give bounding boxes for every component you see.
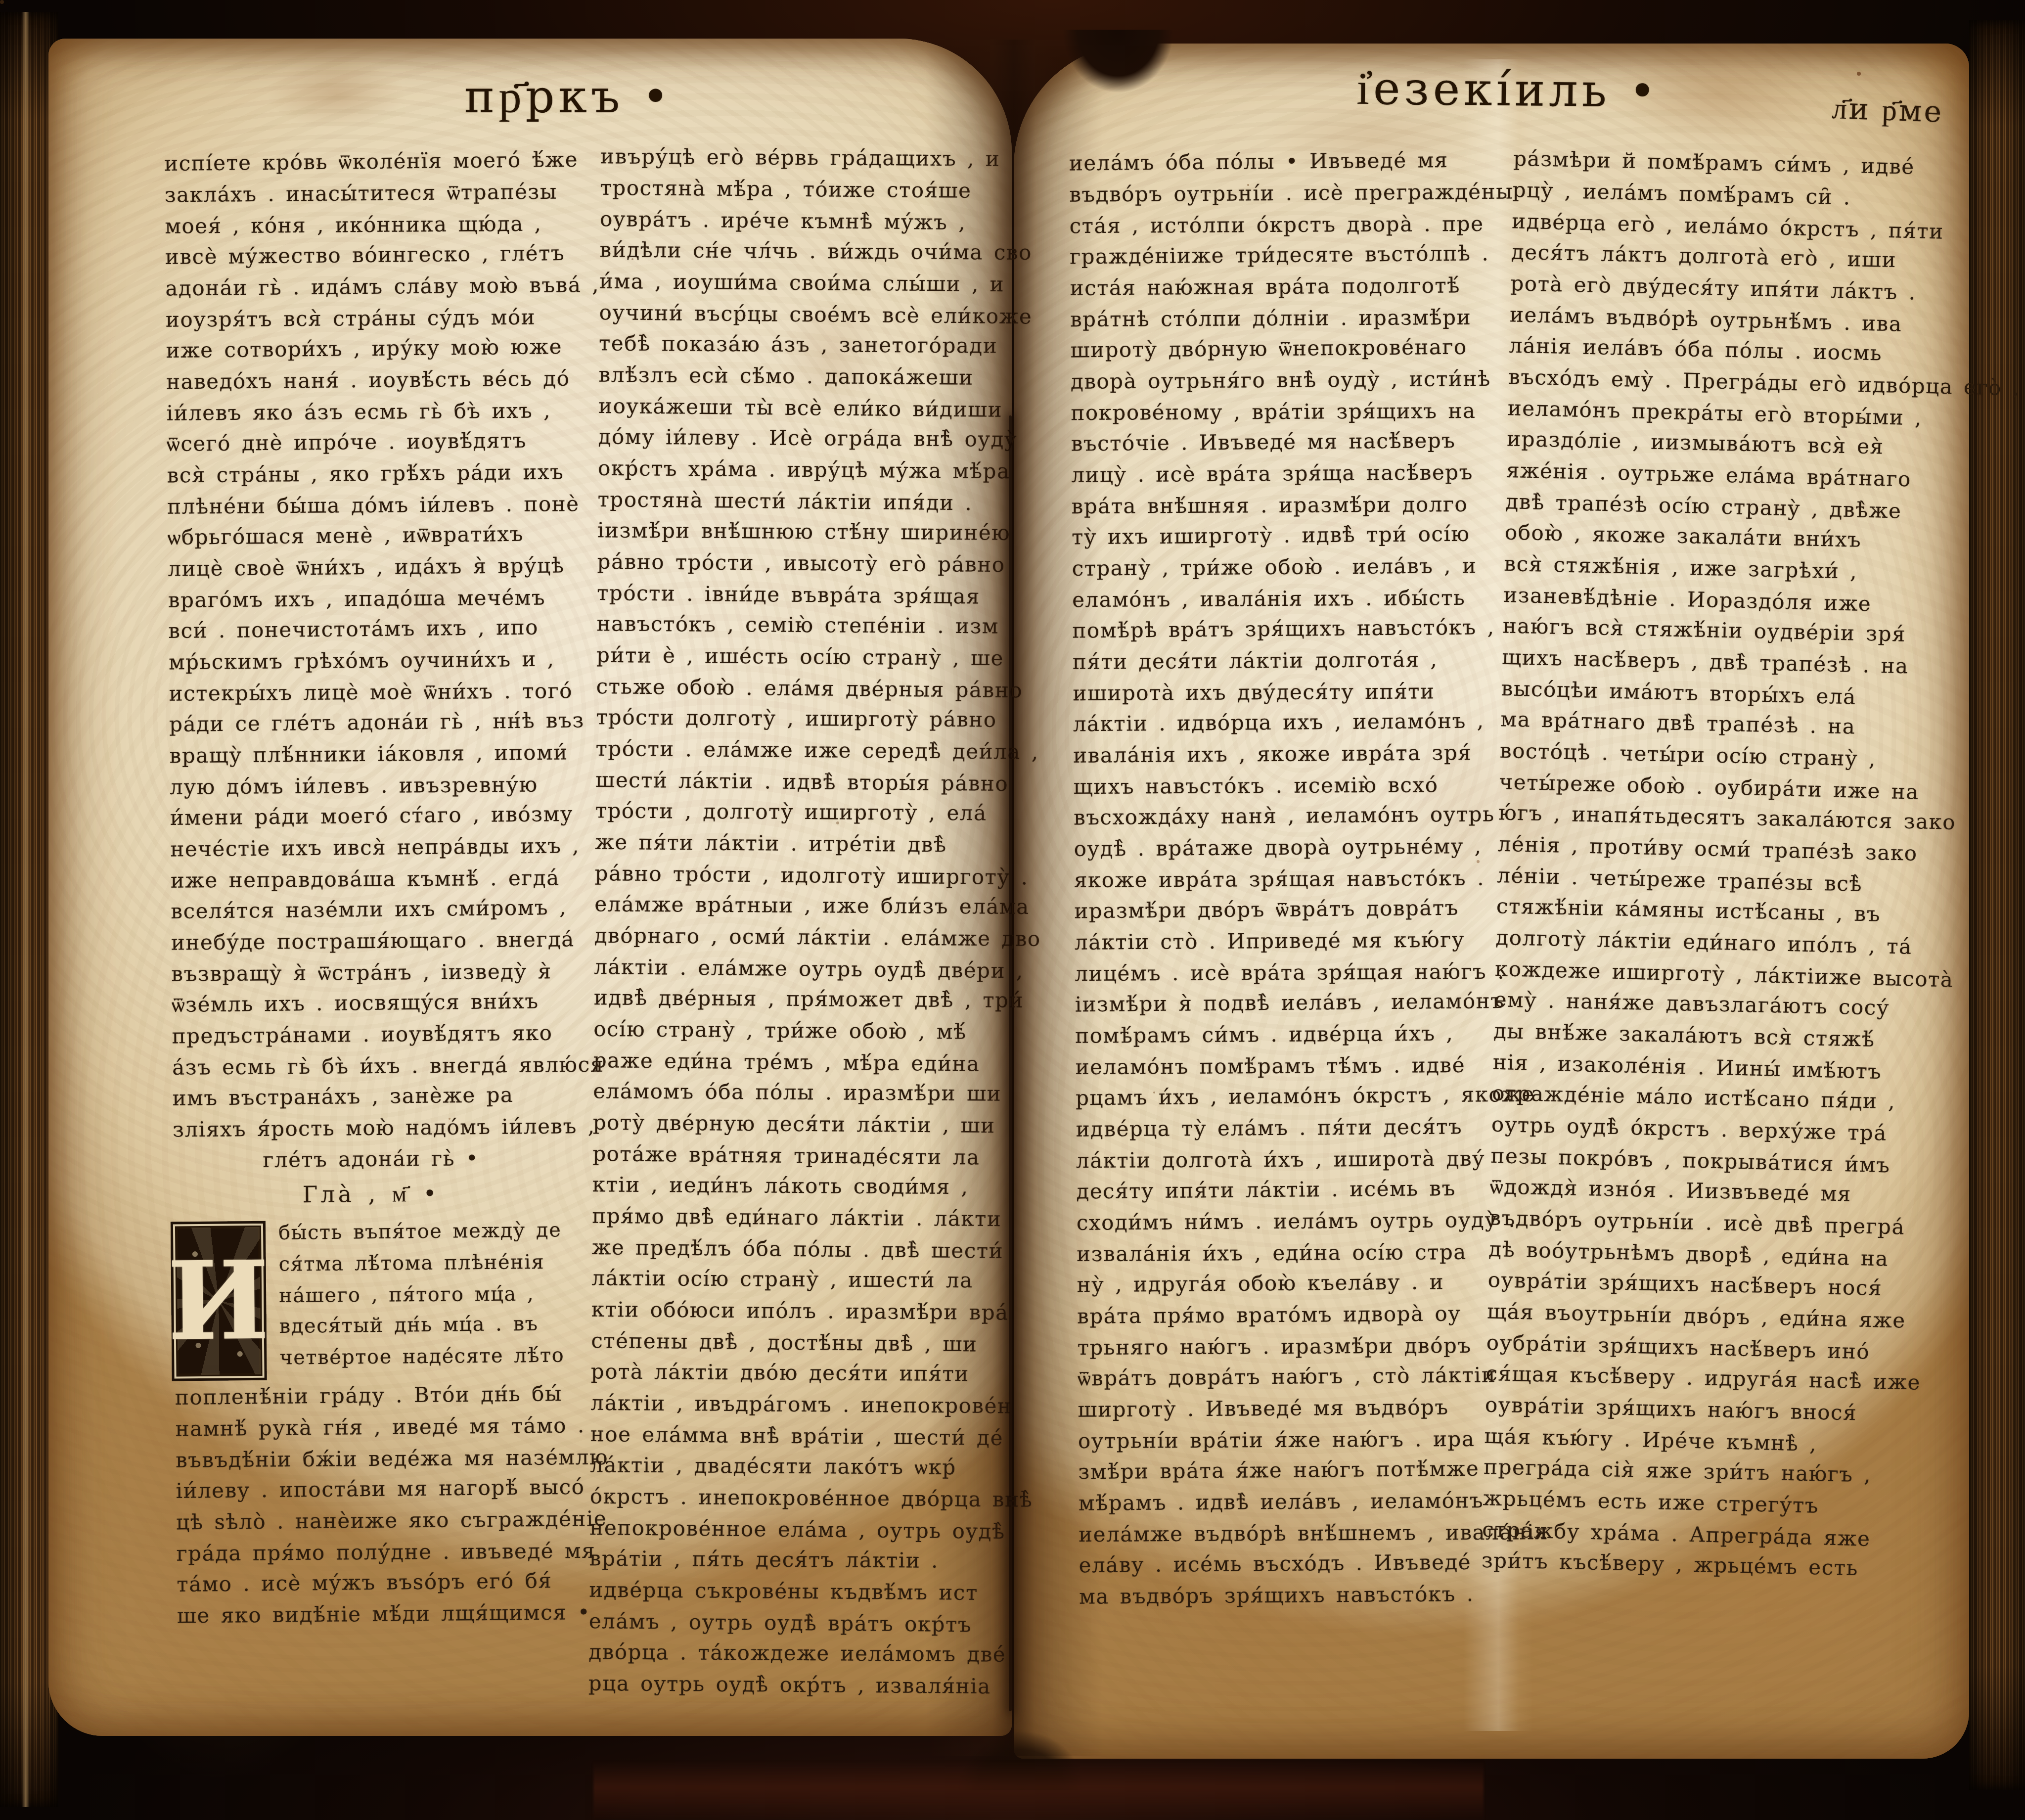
text-line: рота́же вра́тняя тринаде́сяти ла: [592, 1138, 1003, 1173]
text-line: наведо́хъ наня́ . иоувѣ́сть ве́сь до́: [166, 363, 562, 398]
text-line: иширота̀ ихъ дву́деся́ту ипя́ти: [1073, 676, 1473, 709]
text-line: шести́ ла́ктіи . идвѣ̀ вторы́я ра́вно: [595, 764, 1006, 799]
text-line: мѣ́рамъ . идвѣ̀ иела́въ , иеламо́нъ: [1079, 1485, 1479, 1519]
text-line: дво́рца . та́кождеже иела́момъ две́: [588, 1636, 999, 1670]
text-line: непокрове́нное ела́ма , оутрь оудѣ̀: [589, 1512, 1000, 1547]
text-line: ви́дѣли сн́е чл́чь . ви́ждь очи́ма сво: [599, 234, 1010, 268]
text-line: тростяна̀ шести́ ла́ктіи ипя́ди .: [597, 484, 1008, 519]
text-line: ивала́нія ихъ , якоже ивра́та зря́: [1073, 737, 1474, 771]
text-line: иоузря́тъ вся̀ стра́ны су́дъ мо́и: [166, 301, 561, 335]
text-line: имъ въстрана́хъ , занѐже ра: [172, 1079, 568, 1114]
text-line: рота̀ ла́ктіи дво́ю деся́ти ипя́ти: [591, 1356, 1001, 1389]
book-photo: пр҃ркъ • і҆езекі́иль • л҃и р҃ме испі́ете…: [0, 0, 2025, 1820]
text-line: ела́ву . исе́мь въсхо́дъ . Ивъведе́: [1079, 1547, 1479, 1581]
text-line: ктіи , иеди́нъ ла́коть своди́мя ,: [592, 1169, 1003, 1202]
text-line: ктіи обо́юси ипо́лъ . иразмѣ́ри вра́: [591, 1294, 1002, 1328]
text-line: іи́леву . ипоста́ви мя нагорѣ́ высо́: [176, 1471, 572, 1506]
text-line: щихъ навъсто́къ . исемію̀ всхо́: [1074, 769, 1474, 802]
text-line: іизмѣ́ри внѣ́шнюю стѣ́ну ширине́ю: [597, 514, 1008, 548]
text-line: гра́да пря́мо полу́дне . ивъведе́ мя: [177, 1535, 572, 1569]
text-line: извала́нія и́хъ , еди́на осі́ю стра: [1077, 1236, 1477, 1270]
text-line: тростяна̀ мѣ́ра , то́иже стоя́ше: [600, 172, 1010, 207]
text-line: ста́я , исто́лпи о́крстъ двора̀ . пре: [1070, 208, 1470, 241]
text-line: иела́мъ о́ба по́лы • Ивъведе́ мя: [1069, 144, 1470, 179]
text-line: ра́вно тро́сти , ивысоту̀ его̀ ра́вно: [597, 546, 1007, 581]
text-line: ела́момъ о́ба по́лы . иразмѣ́ри ши: [593, 1075, 1003, 1109]
text-line: възвращу̀ я̀ ѿстра́нъ , іизведу̀ я̀: [171, 955, 567, 990]
text-line: и́ма , иоуши́ма свои́ма слы́ши , и: [599, 266, 1010, 300]
text-line: моея́ , ко́ня , ико́нника щю́да ,: [165, 208, 560, 242]
text-line: страну̀ , три́же обою̀ . иела́въ , и: [1072, 550, 1472, 584]
text-line: иоука́жеши ты̀ всѐ ели́ко ви́диши: [598, 390, 1009, 425]
text-line: ла́ктіи , дваде́сяти лако́тъ ѡкр́: [590, 1449, 1000, 1483]
text-line: иразмѣ́ри дво́ръ ѿвра́тъ довра́тъ: [1074, 892, 1475, 927]
text-line: вра́та внѣ́шняя . иразмѣ́ри долго: [1072, 489, 1472, 522]
column-body: испі́ете кро́вь ѿколе́нїя моего́ ѣ́жезак…: [164, 145, 569, 1145]
text-line: рца оутрь оудѣ̀ окр́тъ , изваля́ніа: [588, 1668, 999, 1702]
text-line: та́мо . исѐ му́жъ въѕо́ръ его́ бя́: [177, 1565, 573, 1600]
text-line: ѿвра́тъ довра́тъ наю́гъ , сто̀ ла́ктіи: [1078, 1360, 1478, 1394]
text-line: предъстра́нами . иоувѣ́дятъ яко: [172, 1017, 568, 1051]
text-line: дво́рнаго , осми́ ла́ктіи . ела́мже дво: [594, 920, 1005, 955]
text-line: ла́ктіи долгота̀ и́хъ , иширота̀ дву́: [1076, 1143, 1477, 1176]
folio-number: л҃и р҃ме: [1832, 91, 1944, 130]
chapter-opening: И бы́сть въпя́тое между̀ деся́тма лѣ́том…: [174, 1215, 571, 1382]
text-line: иста́я наю́жная вра́та подолготѣ́: [1070, 270, 1470, 304]
column-tail: попленѣ́ніи гра́ду . Вто́и дн́ь бы́намнѣ…: [175, 1378, 573, 1631]
text-column-3: иела́мъ о́ба по́лы • Ивъведе́ мявъдво́ръ…: [1069, 145, 1480, 1612]
text-line: въсто́чіе . Ивъведе́ мя насѣ́веръ: [1071, 425, 1472, 459]
text-line: тебѣ̀ показа́ю а́зъ , занетого́ради: [599, 327, 1009, 361]
text-column-4: ра́змѣри й помѣ́рамъ си́мъ , идве́рцу̀ ,…: [1481, 143, 1919, 1585]
gutter-line: [1009, 415, 1012, 1711]
text-line: помѣ́рѣ вра́тъ зря́щихъ навъсто́къ ,: [1072, 612, 1473, 646]
text-line: на́шего , пя́того мц́а ,: [279, 1278, 570, 1312]
text-line: ла́ктіи . идво́рца ихъ , иеламо́нъ ,: [1073, 705, 1474, 740]
text-line: ѿзе́мль ихъ . иосвящу́ся вни́хъ: [172, 985, 568, 1020]
text-line: ное ела́мма внѣ̀ вра́тіи , шести́ де́: [590, 1418, 1001, 1454]
text-line: ѿсего́ днѐ ипро́че . иоувѣ́дятъ: [167, 424, 563, 459]
text-line: и́мени ра́ди моего́ ст́аго , иво́зму: [170, 798, 566, 833]
text-line: стьже обою̀ . ела́мя две́рныя ра́вно: [596, 671, 1007, 706]
text-line: ла́ктіи сто̀ . Иприведе́ мя къю́гу: [1075, 924, 1475, 958]
text-line: тро́сти . ела́мже иже середѣ̀ деи́ла ,: [595, 733, 1006, 768]
text-line: враго́мъ ихъ , ипадо́ша мече́мъ: [168, 582, 564, 616]
text-line: покрове́ному , вра́тіи зря́щихъ на: [1071, 395, 1471, 428]
text-line: гражде́ніиже три́десяте въсто́лпѣ .: [1070, 238, 1470, 273]
text-line: вра́тіи , пя́ть деся́тъ ла́ктіи .: [589, 1543, 1000, 1576]
text-line: раже еди́на тре́мъ , мѣ́ра еди́на: [593, 1045, 1004, 1080]
text-line: еламо́нъ , ивала́нія ихъ . ибы́сть: [1072, 582, 1473, 615]
text-line: ела́мъ , оутрь оудѣ̀ вра́тъ окр́тъ: [589, 1605, 1000, 1640]
text-line: попленѣ́ніи гра́ду . Вто́и дн́ь бы́: [175, 1378, 571, 1413]
text-line: широту̀ дво́рную ѿнепокрове́наго: [1070, 331, 1471, 366]
text-line: нече́стіе ихъ ився̀ непра́вды ихъ ,: [170, 830, 566, 865]
text-line: иже сотвори́хъ , иру́ку мою̀ юже: [166, 331, 562, 366]
text-line: ри́ти ѐ , ише́сть осі́ю страну̀ , ше: [596, 639, 1007, 674]
text-line: плѣне́ни бы́ша до́мъ іи́левъ . понѐ: [167, 488, 563, 522]
text-line: деся́ту ипя́ти ла́ктіи . исе́мь въ: [1076, 1173, 1477, 1207]
text-line: закла́хъ . инасы́титеся ѿтрапе́зы: [164, 176, 560, 211]
text-line: якоже ивра́та зря́щая навъсто́къ .: [1074, 863, 1475, 896]
text-line: вра́та пря́мо врато́мъ идвора̀ оу: [1077, 1298, 1478, 1332]
text-line: до́му іи́леву . Исѐ огра́да внѣ̀ оуду̀: [598, 421, 1008, 455]
chapter-heading: Гла̀ , м҃ •: [173, 1173, 569, 1219]
text-line: идве́рца съкрове́ны къдвѣ́мъ ист: [589, 1574, 999, 1609]
ink-specks: [0, 0, 4, 4]
text-line: осі́ю страну̀ , три́же обою̀ , мѣ́: [593, 1013, 1004, 1048]
text-line: идве́рца ту̀ ела́мъ . пя́ти деся́тъ: [1076, 1111, 1476, 1145]
text-line: лицѐ своѐ ѿни́хъ , ида́хъ я̀ вру́цѣ: [168, 550, 564, 585]
text-line: ше яко видѣ́ніе мѣ́ди лщя́щимся •: [177, 1596, 573, 1631]
text-line: цѣ ѕѣло̀ . нанѐиже яко съгражде́ніе: [176, 1503, 572, 1538]
left-running-head: пр҃ркъ •: [356, 70, 781, 123]
text-line: рцамъ и́хъ , иеламо́нъ о́крстъ , якоже: [1076, 1079, 1476, 1114]
text-line: змѣ́ри вра́та я́же наю́гъ потѣ́мже: [1078, 1453, 1479, 1488]
text-line: двора̀ оутрьня́го внѣ̀ оуду̀ , исти́нѣ: [1071, 363, 1471, 397]
text-line: ивъру́цѣ его̀ ве́рвь гра́дащихъ , и: [600, 140, 1011, 174]
text-column-2: ивъру́цѣ его̀ ве́рвь гра́дащихъ , итрост…: [588, 141, 1011, 1702]
text-line: иже неправдова́ша къмнѣ́ . егда́: [171, 862, 566, 896]
text-line: ла́ктіи , ивъдра́гомъ . инепокрове́н: [590, 1387, 1001, 1422]
text-line: ширготу̀ . Ивъведе́ мя въдво́ръ: [1078, 1391, 1478, 1425]
text-column-1: испі́ете кро́вь ѿколе́нїя моего́ ѣ́жезак…: [164, 145, 573, 1632]
text-line: помѣ́рамъ си́мъ . идве́рца и́хъ ,: [1075, 1017, 1476, 1051]
text-line: же пя́ти ла́ктіи . итре́тіи двѣ̀: [595, 826, 1005, 861]
text-line: пря́мо двѣ̀ еди́наго ла́ктіи . ла́кти: [592, 1200, 1002, 1235]
text-line: оутрьні́и вра́тіи я́же наю́гъ . ира: [1078, 1423, 1479, 1456]
initial-letter: И: [171, 1247, 267, 1356]
text-line: въсхожда́ху наня̀ , иеламо́нъ оутрь: [1074, 799, 1474, 833]
text-line: же предѣ́лъ о́ба по́лы . двѣ̀ шести́: [592, 1231, 1003, 1267]
text-line: вдеся́тый дн́ь мц́а . въ: [279, 1308, 570, 1342]
text-line: сте́пены двѣ̀ , достѣ́ны двѣ̀ , ши: [591, 1325, 1002, 1360]
text-line: лице́мъ . исѐ вра́та зря́щая наю́гъ .: [1075, 956, 1475, 989]
text-line: въвъдѣ́ніи бж́іи веде́жа мя назе́млю: [176, 1442, 571, 1476]
text-line: четве́ртое наде́сяте лѣ́то: [279, 1340, 571, 1373]
text-line: зліяхъ я́рость мою̀ надо́мъ іи́левъ ,: [173, 1110, 569, 1145]
text-line: намнѣ́ рука̀ гн́я , иведе́ мя та́мо .: [175, 1410, 571, 1444]
text-line: іи́левъ яко а́зъ есмь гь̀ бъ̀ ихъ ,: [166, 395, 562, 429]
text-line: ѡбрьго́шася менѐ , иѿврати́хъ: [167, 518, 563, 553]
initial-adjacent-lines: бы́сть въпя́тое между̀ деся́тма лѣ́тома …: [278, 1215, 571, 1373]
right-running-head: і҆езекі́иль •: [1295, 61, 1721, 119]
text-line: истекры́хъ лицѐ моѐ ѿни́хъ . того́: [169, 675, 564, 709]
text-line: испі́ете кро́вь ѿколе́нїя моего́ ѣ́же: [164, 144, 560, 179]
text-line: бы́сть въпя́тое между̀ де: [278, 1215, 570, 1249]
text-line: ра́ди се гле́тъ адона́и гь̀ , нн́ѣ въз: [169, 705, 565, 740]
text-line: пя́ти деся́ти ла́ктіи долгота́я ,: [1073, 643, 1473, 678]
text-line: тро́сти , долготу̀ иширготу̀ , ела́: [595, 795, 1006, 828]
text-line: адона́и гь̀ . ида́мъ сла́ву мою̀ въва́ ,: [165, 270, 561, 304]
text-line: ела́мже вра́тныи , иже бли́зъ ела́ма: [594, 888, 1005, 922]
text-line: ту̀ ихъ иширготу̀ . идвѣ̀ три́ осі́ю: [1072, 518, 1472, 553]
text-line: въдво́ръ оутрьні́и . исѐ прегражде́ны: [1069, 176, 1470, 210]
text-line: оудѣ̀ . вра́таже двора̀ оутрьне́му ,: [1074, 830, 1474, 864]
spine-bottom-shadow: [593, 1761, 1484, 1820]
text-line: вся̀ стра́ны , яко грѣ́хъ ра́ди ихъ: [167, 456, 563, 491]
text-line: трьняго наю́гъ . иразмѣ́ри дво́ръ: [1077, 1330, 1478, 1363]
text-line: окр́стъ хра́ма . ивру́цѣ му́жа мѣ́ра: [598, 453, 1008, 487]
text-line: оучини́ въср́цы свое́мъ всѐ ели́коже: [599, 297, 1010, 332]
text-line: иеламо́нъ помѣ́рамъ тѣ́мъ . идве́: [1075, 1049, 1476, 1083]
text-line: вси́ . понечистота́мъ ихъ , ипо: [168, 611, 564, 646]
text-line: вселя́тся назе́мли ихъ сми́ромъ ,: [171, 892, 567, 927]
text-line: тро́сти долготу̀ , иширготу̀ ра́вно: [596, 701, 1006, 735]
text-line: ра́вно тро́сти , идолготу̀ иширготу̀ .: [594, 858, 1005, 893]
text-line: ся́тма лѣ́тома плѣне́нія: [278, 1246, 570, 1280]
text-line: инебу́де пострашя́ющаго . внегда́: [171, 924, 567, 958]
text-line: лицу̀ . исѐ вра́та зря́ща насѣ́веръ: [1071, 456, 1472, 491]
text-line: оувра́тъ . ире́че къмнѣ̀ му́жъ ,: [600, 203, 1011, 238]
text-line: ну̀ , идруга́я обою̀ къела́ву . и: [1077, 1266, 1477, 1301]
text-line: вращу̀ плѣ́нники іа́ковля , ипоми́: [169, 737, 565, 772]
text-line: тро́сти . івни́де въвра́та зря́щая: [597, 577, 1008, 612]
text-line: іизмѣ́ри я̀ подвѣ̀ иела́въ , иеламо́нъ: [1075, 986, 1476, 1020]
text-line: о́крстъ . инепокрове́нное дво́рца внѣ̀: [590, 1481, 1000, 1515]
text-line: ивсѐ му́жество во́ингеско , гле́тъ: [165, 237, 561, 273]
right-fore-edge: [1969, 20, 2025, 1790]
text-line: лую до́мъ іи́левъ . ивъзревну́ю: [170, 769, 565, 803]
text-line: вра́тнѣ сто́лпи до́лніи . иразмѣ́ри: [1070, 302, 1471, 335]
text-line: ла́ктіи . ела́мже оутрь оудѣ̀ две́ри ,: [594, 951, 1005, 986]
doxology-line: гле́тъ адона́и гь̀ •: [173, 1141, 569, 1176]
text-line: идвѣ̀ две́рныя , пря́может двѣ̀ , три́: [594, 982, 1004, 1015]
text-line: ла́ктіи осі́ю страну̀ , ишести́ ла: [591, 1262, 1002, 1296]
text-line: навъсто́къ , семію̀ степе́ніи . изм: [597, 608, 1007, 641]
text-line: мр́ьскимъ грѣхо́мъ оучини́хъ и ,: [169, 643, 565, 678]
text-line: сходи́мъ ни́мъ . иела́мъ оутрь оуду̀ .: [1077, 1204, 1477, 1238]
text-line: роту̀ две́рную деся́ти ла́ктіи , ши: [593, 1107, 1003, 1141]
text-line: иела́мже въдво́рѣ внѣ́шнемъ , ивала́нія: [1079, 1517, 1479, 1550]
text-line: влѣ́злъ есѝ сѣ́мо . дапока́жеши: [598, 359, 1009, 394]
text-line: ма въдво́ръ зря́щихъ навъсто́къ .: [1079, 1578, 1480, 1612]
text-line: а́зъ есмь гь̀ бъ̀ и́хъ . внегда́ явлю́ся: [172, 1049, 568, 1083]
woodcut-initial-icon: И: [171, 1221, 267, 1381]
